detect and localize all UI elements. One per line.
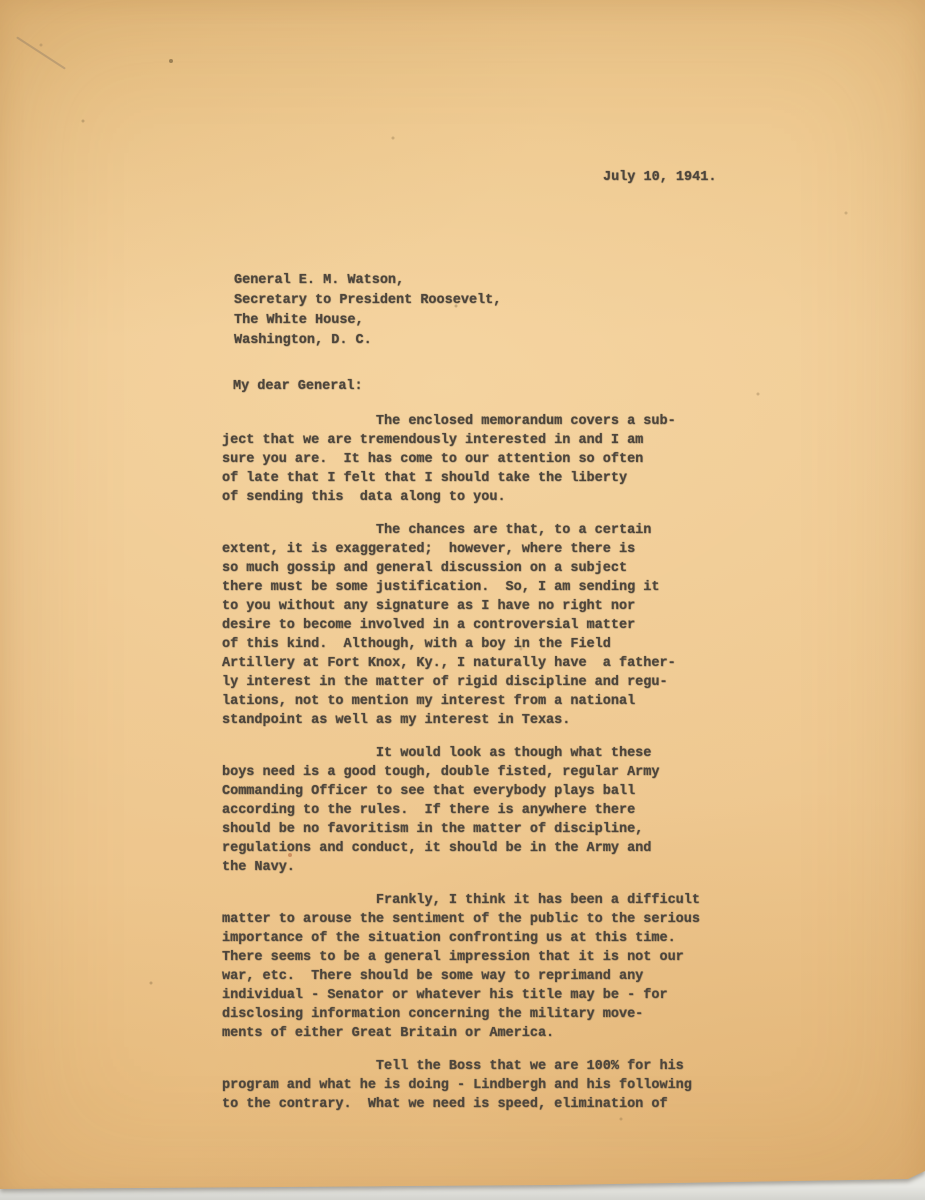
letter-body: The enclosed memorandum covers a sub-jec… [222, 412, 722, 1128]
address-line: Secretary to President Roosevelt, [234, 291, 501, 311]
text-line: there must be some justification. So, I … [222, 578, 722, 597]
text-line: There seems to be a general impression t… [222, 948, 722, 967]
text-line: individual - Senator or whatever his tit… [222, 986, 722, 1005]
text-line: ject that we are tremendously interested… [222, 431, 722, 450]
text-line: sure you are. It has come to our attenti… [222, 450, 722, 469]
text-line: Tell the Boss that we are 100% for his [222, 1057, 722, 1076]
text-line: importance of the situation confronting … [222, 929, 722, 948]
text-line: so much gossip and general discussion on… [222, 559, 722, 578]
text-line: It would look as though what these [222, 744, 722, 763]
scratch-mark [16, 36, 66, 69]
text-line: of sending this data along to you. [222, 488, 722, 507]
text-line: ments of either Great Britain or America… [222, 1024, 722, 1043]
text-line: The chances are that, to a certain [222, 521, 722, 540]
paragraph: The chances are that, to a certainextent… [222, 521, 722, 730]
text-line: Commanding Officer to see that everybody… [222, 782, 722, 801]
address-line: The White House, [234, 311, 501, 331]
paragraph: Frankly, I think it has been a difficult… [222, 891, 722, 1043]
address-line: General E. M. Watson, [234, 271, 501, 291]
paper-specks [0, 0, 2, 2]
text-line: war, etc. There should be some way to re… [222, 967, 722, 986]
text-line: of this kind. Although, with a boy in th… [222, 635, 722, 654]
scan-backdrop: { "document": { "kind": "typewritten-let… [0, 0, 925, 1200]
text-line: the Navy. [222, 858, 722, 877]
text-line: should be no favoritism in the matter of… [222, 820, 722, 839]
letter-date: July 10, 1941. [603, 168, 716, 187]
recipient-address: General E. M. Watson,Secretary to Presid… [234, 271, 501, 351]
text-line: regulations and conduct, it should be in… [222, 839, 722, 858]
paragraph: It would look as though what theseboys n… [222, 744, 722, 877]
paragraph: The enclosed memorandum covers a sub-jec… [222, 412, 722, 507]
text-line: of late that I felt that I should take t… [222, 469, 722, 488]
text-line: boys need is a good tough, double fisted… [222, 763, 722, 782]
text-line: extent, it is exaggerated; however, wher… [222, 540, 722, 559]
paper: July 10, 1941. General E. M. Watson,Secr… [0, 0, 925, 1200]
text-line: lations, not to mention my interest from… [222, 692, 722, 711]
text-line: matter to arouse the sentiment of the pu… [222, 910, 722, 929]
text-line: disclosing information concerning the mi… [222, 1005, 722, 1024]
address-line: Washington, D. C. [234, 331, 501, 351]
text-line: according to the rules. If there is anyw… [222, 801, 722, 820]
text-line: to you without any signature as I have n… [222, 597, 722, 616]
paragraph: Tell the Boss that we are 100% for hispr… [222, 1057, 722, 1114]
text-line: ly interest in the matter of rigid disci… [222, 673, 722, 692]
text-line: to the contrary. What we need is speed, … [222, 1095, 722, 1114]
text-line: The enclosed memorandum covers a sub- [222, 412, 722, 431]
text-line: program and what he is doing - Lindbergh… [222, 1076, 722, 1095]
text-line: desire to become involved in a controver… [222, 616, 722, 635]
text-line: Frankly, I think it has been a difficult [222, 891, 722, 910]
paper-shadow-wrap: July 10, 1941. General E. M. Watson,Secr… [0, 0, 925, 1200]
text-line: standpoint as well as my interest in Tex… [222, 711, 722, 730]
text-line: Artillery at Fort Knox, Ky., I naturally… [222, 654, 722, 673]
salutation: My dear General: [233, 377, 363, 396]
